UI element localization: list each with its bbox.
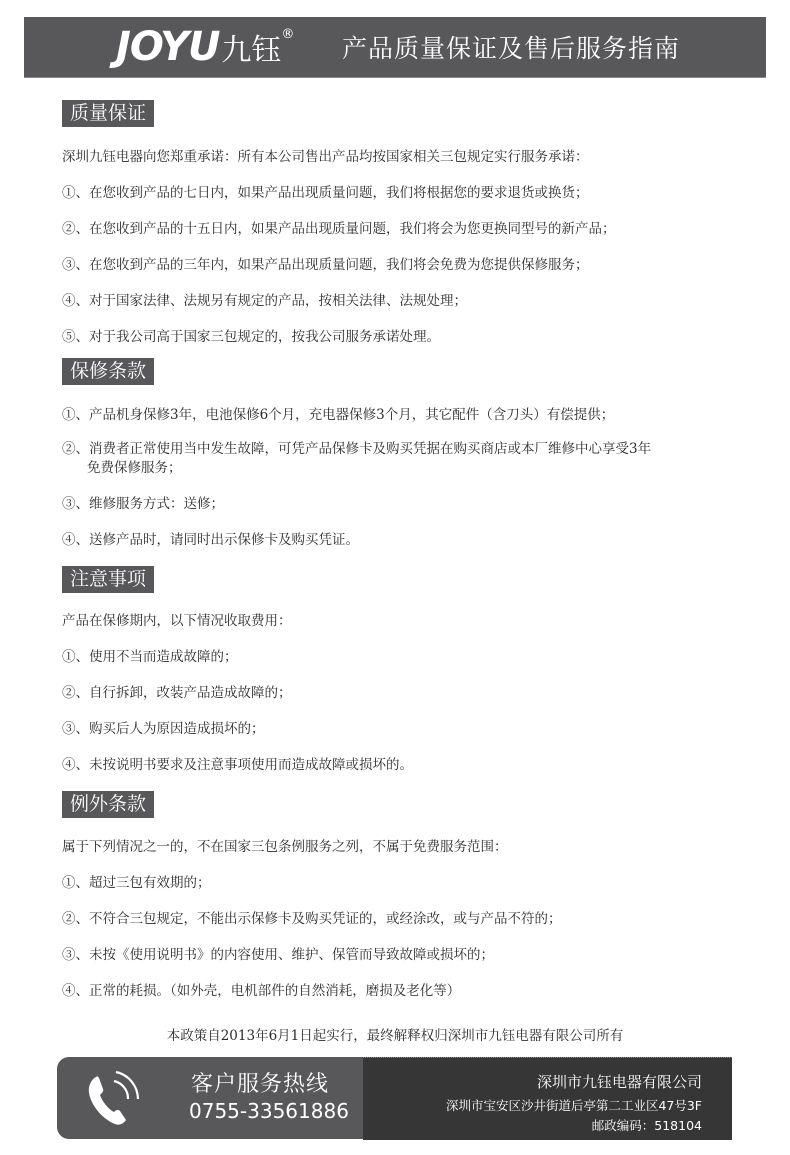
hotline-number: 0755-33561886 <box>189 1099 349 1123</box>
list-item: ①、使用不当而造成故障的； <box>62 645 238 665</box>
list-item: ④、对于国家法律、法规另有规定的产品，按相关法律、法规处理； <box>62 289 467 309</box>
list-item: ③、维修服务方式：送修； <box>62 492 224 512</box>
list-item: ①、超过三包有效期的； <box>62 871 211 891</box>
logo-chinese: 九钰 <box>221 25 281 69</box>
list-item: ②、自行拆卸，改装产品造成故障的； <box>62 681 292 701</box>
list-item: ②、消费者正常使用当中发生故障，可凭产品保修卡及购买凭据在购买商店或本厂维修中心… <box>62 437 651 457</box>
list-item: ③、在您收到产品的三年内，如果产品出现质量问题，我们将会免费为您提供保修服务； <box>62 253 589 273</box>
list-item: ④、送修产品时，请同时出示保修卡及购买凭证。 <box>62 528 359 548</box>
section-tag-notes: 注意事项 <box>62 566 154 593</box>
logo-wordmark: JOYU <box>116 24 219 70</box>
phone-icon <box>82 1069 142 1129</box>
list-item: ②、在您收到产品的十五日内，如果产品出现质量问题，我们将会为您更换同型号的新产品… <box>62 217 616 237</box>
postal-code: 邮政编码：518104 <box>592 1116 702 1134</box>
policy-note: 本政策自2013年6月1日起实行，最终解释权归深圳市九钰电器有限公司所有 <box>0 1024 790 1044</box>
footer-contact: 客户服务热线 0755-33561886 深圳市九钰电器有限公司 深圳市宝安区沙… <box>57 1057 732 1139</box>
list-item-continuation: 免费保修服务； <box>87 456 182 476</box>
company-address: 深圳市宝安区沙井街道后亭第二工业区47号3F <box>446 1096 702 1114</box>
company-name: 深圳市九钰电器有限公司 <box>537 1071 702 1092</box>
company-panel: 深圳市九钰电器有限公司 深圳市宝安区沙井街道后亭第二工业区47号3F 邮政编码：… <box>363 1057 732 1140</box>
header-banner: JOYU 九钰 ® 产品质量保证及售后服务指南 <box>24 17 766 78</box>
list-item: ①、产品机身保修3年，电池保修6个月，充电器保修3个月，其它配件（含刀头）有偿提… <box>62 403 614 423</box>
list-item: ①、在您收到产品的七日内，如果产品出现质量问题，我们将根据您的要求退货或换货； <box>62 181 589 201</box>
section-tag-quality: 质量保证 <box>62 100 154 127</box>
hotline-panel: 客户服务热线 0755-33561886 <box>57 1057 363 1139</box>
section-intro: 属于下列情况之一的，不在国家三包条例服务之列，不属于免费服务范围： <box>62 835 508 855</box>
list-item: ④、未按说明书要求及注意事项使用而造成故障或损坏的。 <box>62 753 413 773</box>
list-item: ④、正常的耗损。（如外壳，电机部件的自然消耗，磨损及老化等） <box>62 979 460 999</box>
list-item: ③、未按《使用说明书》的内容使用、维护、保管而导致故障或损坏的； <box>62 943 494 963</box>
brand-logo: JOYU 九钰 ® <box>116 23 294 71</box>
section-intro: 深圳九钰电器向您郑重承诺：所有本公司售出产品均按国家相关三包规定实行服务承诺： <box>62 145 589 165</box>
section-tag-exceptions: 例外条款 <box>62 791 154 818</box>
section-intro: 产品在保修期内，以下情况收取费用： <box>62 609 292 629</box>
section-tag-warranty: 保修条款 <box>62 358 154 385</box>
list-item: ②、不符合三包规定，不能出示保修卡及购买凭证的，或经涂改，或与产品不符的； <box>62 907 562 927</box>
registered-mark: ® <box>281 27 294 42</box>
hotline-title: 客户服务热线 <box>191 1067 329 1098</box>
list-item: ③、购买后人为原因造成损坏的； <box>62 717 265 737</box>
list-item: ⑤、对于我公司高于国家三包规定的，按我公司服务承诺处理。 <box>62 325 440 345</box>
page-title: 产品质量保证及售后服务指南 <box>342 29 680 65</box>
